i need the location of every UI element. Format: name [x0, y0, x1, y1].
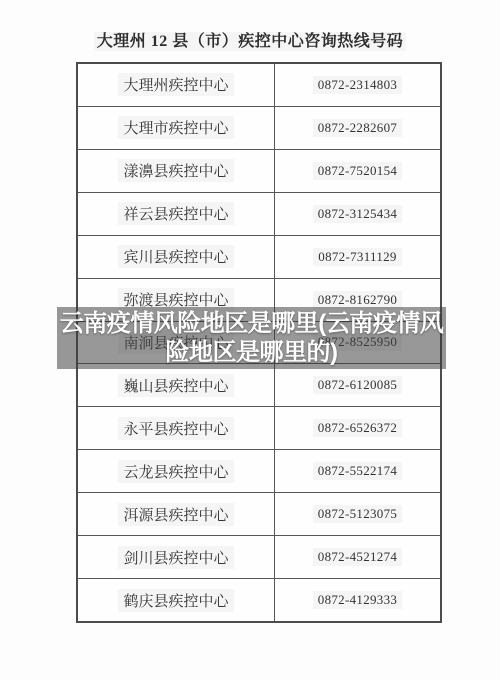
phone-cell: 0872-4521274 — [275, 536, 440, 578]
phone-cell: 0872-2314803 — [275, 64, 440, 106]
phone-cell: 0872-4129333 — [275, 579, 440, 621]
org-name-cell: 洱源县疾控中心 — [78, 493, 275, 535]
org-name: 永平县疾控中心 — [118, 417, 233, 440]
phone-number: 0872-6120085 — [313, 376, 402, 394]
phone-number: 0872-4521274 — [313, 548, 402, 566]
table-row: 洱源县疾控中心 0872-5123075 — [78, 493, 440, 536]
org-name-cell: 祥云县疾控中心 — [78, 193, 275, 235]
table-row: 漾濞县疾控中心 0872-7520154 — [78, 150, 440, 193]
phone-number: 0872-7311129 — [313, 248, 401, 266]
headline-overlay: 云南疫情风险地区是哪里(云南疫情风 险地区是哪里的) — [57, 307, 446, 369]
org-name: 剑川县疾控中心 — [118, 546, 233, 569]
phone-number: 0872-2282607 — [313, 119, 402, 137]
org-name: 鹤庆县疾控中心 — [118, 589, 233, 612]
org-name-cell: 巍山县疾控中心 — [78, 364, 275, 406]
org-name: 大理州疾控中心 — [118, 73, 233, 96]
phone-cell: 0872-7311129 — [275, 236, 440, 278]
phone-number: 0872-3125434 — [313, 205, 402, 223]
table-row: 鹤庆县疾控中心 0872-4129333 — [78, 579, 440, 621]
phone-number: 0872-5522174 — [313, 462, 402, 480]
article-image: 大理州 12 县（市）疾控中心咨询热线号码 大理州疾控中心 0872-23148… — [0, 0, 500, 680]
phone-number: 0872-5123075 — [313, 505, 402, 523]
table-row: 云龙县疾控中心 0872-5522174 — [78, 450, 440, 493]
table-row: 宾川县疾控中心 0872-7311129 — [78, 236, 440, 279]
table-row: 永平县疾控中心 0872-6526372 — [78, 407, 440, 450]
org-name: 大理市疾控中心 — [118, 116, 233, 139]
org-name: 宾川县疾控中心 — [118, 245, 233, 268]
phone-cell: 0872-6120085 — [275, 364, 440, 406]
phone-cell: 0872-6526372 — [275, 407, 440, 449]
table-title-text: 大理州 12 县（市）疾控中心咨询热线号码 — [94, 32, 407, 51]
org-name-cell: 大理州疾控中心 — [78, 64, 275, 106]
table-title: 大理州 12 县（市）疾控中心咨询热线号码 — [0, 28, 500, 51]
org-name-cell: 大理市疾控中心 — [78, 107, 275, 149]
table-row: 巍山县疾控中心 0872-6120085 — [78, 364, 440, 407]
table-row: 大理州疾控中心 0872-2314803 — [78, 64, 440, 107]
phone-cell: 0872-5123075 — [275, 493, 440, 535]
org-name-cell: 宾川县疾控中心 — [78, 236, 275, 278]
phone-cell: 0872-3125434 — [275, 193, 440, 235]
org-name-cell: 剑川县疾控中心 — [78, 536, 275, 578]
org-name: 洱源县疾控中心 — [118, 503, 233, 526]
org-name-cell: 鹤庆县疾控中心 — [78, 579, 275, 621]
org-name: 巍山县疾控中心 — [118, 374, 233, 397]
org-name-cell: 永平县疾控中心 — [78, 407, 275, 449]
table-row: 大理市疾控中心 0872-2282607 — [78, 107, 440, 150]
org-name: 云龙县疾控中心 — [118, 460, 233, 483]
headline-line-2: 险地区是哪里的) — [166, 338, 338, 367]
org-name-cell: 云龙县疾控中心 — [78, 450, 275, 492]
phone-number: 0872-4129333 — [313, 591, 402, 609]
phone-number: 0872-6526372 — [313, 419, 402, 437]
phone-cell: 0872-7520154 — [275, 150, 440, 192]
phone-cell: 0872-5522174 — [275, 450, 440, 492]
table-row: 剑川县疾控中心 0872-4521274 — [78, 536, 440, 579]
table-row: 祥云县疾控中心 0872-3125434 — [78, 193, 440, 236]
org-name: 漾濞县疾控中心 — [118, 159, 233, 182]
phone-cell: 0872-2282607 — [275, 107, 440, 149]
phone-number: 0872-7520154 — [313, 162, 402, 180]
phone-number: 0872-2314803 — [313, 76, 402, 94]
phone-number: 0872-8162790 — [313, 291, 402, 309]
org-name: 祥云县疾控中心 — [118, 202, 233, 225]
org-name-cell: 漾濞县疾控中心 — [78, 150, 275, 192]
headline-line-1: 云南疫情风险地区是哪里(云南疫情风 — [60, 309, 444, 338]
